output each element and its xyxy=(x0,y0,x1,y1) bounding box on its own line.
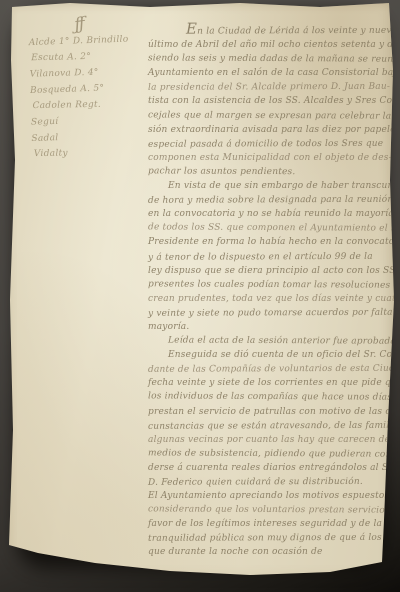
margin-attendee: Vidalty xyxy=(34,144,152,162)
manuscript-line: considerando que los voluntarios prestan… xyxy=(148,503,386,518)
manuscript-text-block: En la Ciudad de Lérida á los veinte y nu… xyxy=(148,21,386,560)
manuscript-line: Enseguida se dió cuenta de un oficio del… xyxy=(148,348,386,362)
manuscript-line: Leída el acta de la sesión anterior fue … xyxy=(148,333,386,348)
manuscript-line: Ayuntamiento en el salón de la casa Cons… xyxy=(148,66,386,80)
margin-flourish-rubric: ƒƒ xyxy=(73,7,147,34)
photo-background: ƒƒ Alcde 1° D. Brindillo Escuta A. 2° Vi… xyxy=(0,0,400,592)
manuscript-line: medios de subsistencia, pidiendo que pud… xyxy=(148,446,386,461)
manuscript-line: de hora y media sobre la designada para … xyxy=(148,193,386,208)
manuscript-line: En la Ciudad de Lérida á los veinte y nu… xyxy=(148,21,386,39)
manuscript-line: y veinte y siete no pudo tomarse acuerdo… xyxy=(148,306,386,321)
manuscript-line: Presidente en forma lo había hecho en la… xyxy=(148,235,386,249)
manuscript-line: fecha veinte y siete de los corrientes e… xyxy=(148,376,386,390)
manuscript-line: componen esta Municipalidad con el objet… xyxy=(148,151,386,165)
margin-attendee: Cadolen Regt. xyxy=(32,96,150,114)
manuscript-page: ƒƒ Alcde 1° D. Brindillo Escuta A. 2° Vi… xyxy=(0,0,400,592)
manuscript-line: tista con la asistencia de los SS. Alcal… xyxy=(148,94,386,108)
manuscript-line: siendo las seis y media dadas de la maña… xyxy=(148,52,386,67)
manuscript-line: derse á cuarenta reales diarios entregán… xyxy=(148,461,386,475)
manuscript-line: de todos los SS. que componen el Ayuntam… xyxy=(148,221,386,236)
manuscript-line: tranquilidad pública son muy dignos de q… xyxy=(148,531,386,546)
manuscript-line: la presidencia del Sr. Alcalde primero D… xyxy=(148,80,386,95)
manuscript-line: prestan el servicio de patrullas con mot… xyxy=(148,405,386,419)
manuscript-line: ley dispuso que se diera principio al ac… xyxy=(148,264,386,278)
manuscript-line: dante de las Compañías de voluntarios de… xyxy=(148,362,386,377)
manuscript-line: presentes los cuales podían tomar las re… xyxy=(148,277,386,292)
manuscript-line: favor de los legítimos intereses segurid… xyxy=(148,517,386,531)
manuscript-line: que durante la noche con ocasión de xyxy=(148,545,386,559)
manuscript-line: crean prudentes, toda vez que los días v… xyxy=(148,292,386,306)
manuscript-line: especial pasada á domicilio de todos los… xyxy=(148,137,386,152)
manuscript-line: cunstancias que se están atravesando, de… xyxy=(148,418,386,433)
manuscript-line: pachar los asuntos pendientes. xyxy=(148,164,386,179)
manuscript-line: y á tenor de lo dispuesto en el artículo… xyxy=(148,249,386,264)
manuscript-line: sión extraordinaria avisada para las die… xyxy=(148,123,386,137)
manuscript-line: en la convocatoria y no se había reunido… xyxy=(148,207,386,221)
manuscript-line: En vista de que sin embargo de haber tra… xyxy=(148,179,386,193)
manuscript-line: El Ayuntamiento apreciando los motivos e… xyxy=(148,489,386,503)
manuscript-line: cejales que al margen se expresan para c… xyxy=(148,108,386,123)
manuscript-line: D. Federico quien cuidará de su distribu… xyxy=(148,475,386,490)
manuscript-line: mayoría. xyxy=(148,320,386,334)
margin-attendee: Escuta A. 2° xyxy=(31,48,149,66)
manuscript-line: algunas vecinas por cuanto las hay que c… xyxy=(148,433,386,447)
manuscript-line: los individuos de las compañías que hace… xyxy=(148,390,386,405)
manuscript-line: último de Abril del año mil ocho cientos… xyxy=(148,38,386,52)
margin-attendees-column: ƒƒ Alcde 1° D. Brindillo Escuta A. 2° Vi… xyxy=(28,10,150,162)
